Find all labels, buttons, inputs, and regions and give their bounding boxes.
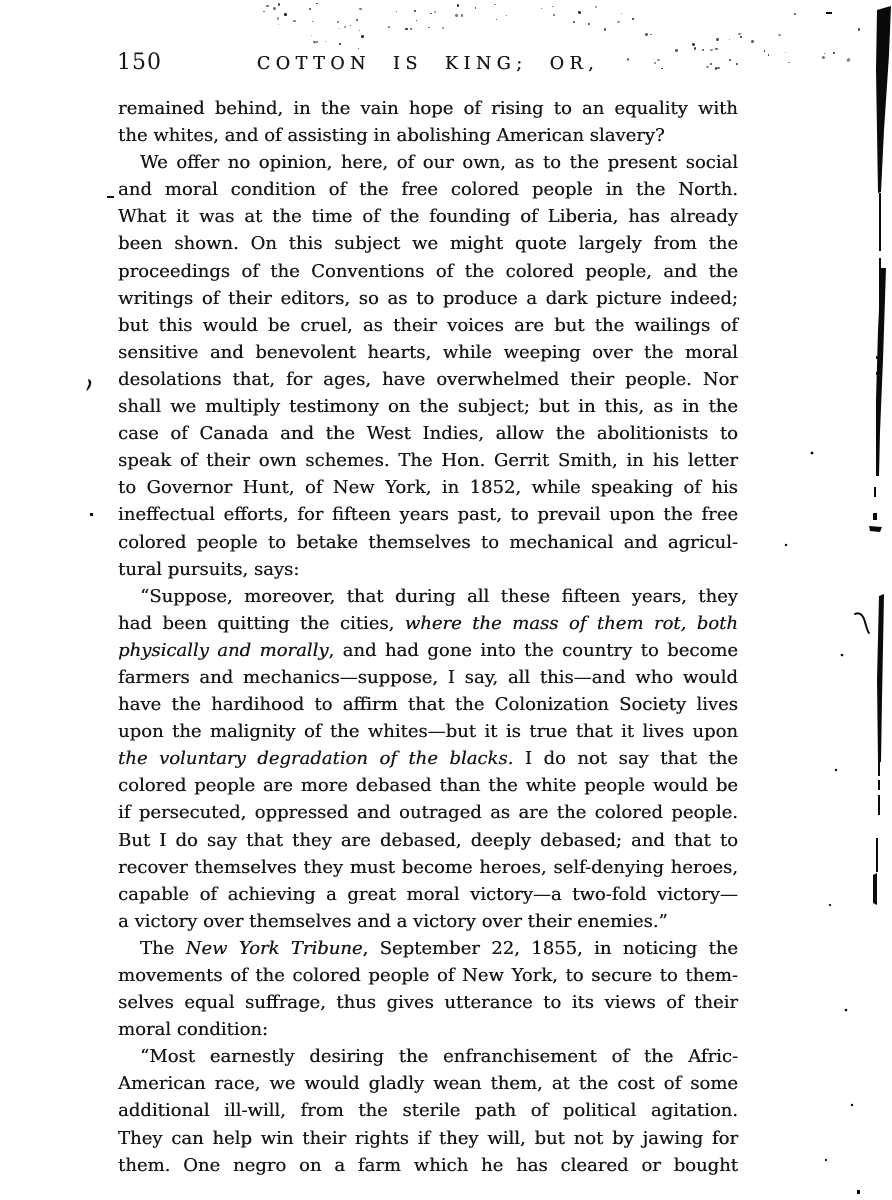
- word: of: [305, 474, 323, 501]
- word: hardihood: [211, 691, 304, 718]
- word: on: [299, 1152, 321, 1179]
- word: overwhelmed: [436, 366, 559, 393]
- word: movements: [118, 962, 223, 989]
- word: that: [408, 691, 445, 718]
- noise-speck: [312, 40, 315, 43]
- noise-speck: [359, 7, 362, 10]
- noise-speck: [578, 11, 581, 14]
- word: of: [520, 203, 538, 230]
- text-line: physicallyandmorally,andhadgoneintotheco…: [118, 637, 738, 664]
- word: of: [230, 962, 248, 989]
- word: an: [582, 95, 604, 122]
- text-line: sensitiveandbenevolenthearts,whileweepin…: [118, 339, 738, 366]
- word: of: [379, 745, 397, 772]
- text-line: Americanrace,wewouldgladlyweanthem,atthe…: [118, 1070, 738, 1097]
- word: secure: [591, 962, 652, 989]
- word: of: [397, 149, 415, 176]
- word: negro: [233, 1152, 286, 1179]
- noise-speck: [430, 13, 432, 14]
- word: say: [619, 745, 649, 772]
- word: had: [118, 610, 152, 637]
- word: past,: [457, 501, 501, 528]
- word: lives: [696, 691, 738, 718]
- noise-speck: [350, 25, 351, 26]
- word: debased,: [380, 827, 462, 854]
- word: rights: [355, 1125, 409, 1152]
- word: York,: [385, 474, 431, 501]
- word: the: [358, 1097, 387, 1124]
- word: oppressed: [255, 799, 349, 826]
- word: the: [708, 393, 737, 420]
- noise-speck: [388, 26, 390, 28]
- text-segment: a victory over themselves and a victory …: [118, 911, 668, 932]
- word: with: [698, 95, 738, 122]
- word: while: [443, 339, 492, 366]
- word: to: [543, 989, 561, 1016]
- margin-dash: [107, 196, 114, 198]
- word: capable: [118, 881, 189, 908]
- text-line: desolationsthat,forages,haveoverwhelmedt…: [118, 366, 738, 393]
- text-line: them.Onenegroonafarmwhichhehasclearedorb…: [118, 1152, 738, 1179]
- page-text: remainedbehind,inthevainhopeofrisingtoan…: [118, 95, 738, 1179]
- word: heroes,: [671, 854, 738, 881]
- word: lives: [642, 718, 684, 745]
- word: it: [484, 718, 497, 745]
- noise-speck: [309, 8, 312, 11]
- word: their: [393, 312, 437, 339]
- word: of: [531, 1097, 549, 1124]
- word: Conventions: [311, 258, 424, 285]
- word: offer: [176, 149, 219, 176]
- word: a: [326, 881, 337, 908]
- word: the: [644, 339, 673, 366]
- word: shown.: [174, 230, 238, 257]
- word: we: [170, 393, 196, 420]
- word: New: [462, 962, 504, 989]
- word: ill-will,: [224, 1097, 286, 1124]
- text-line: the whites, and of assisting in abolishi…: [118, 122, 738, 149]
- word: condition: [231, 176, 316, 203]
- word: They: [118, 1125, 162, 1152]
- word: remained: [118, 95, 205, 122]
- noise-speck: [675, 49, 678, 52]
- noise-speck: [715, 48, 718, 50]
- word: that,: [232, 366, 275, 393]
- noise-speck: [821, 56, 824, 60]
- word: views: [604, 989, 655, 1016]
- word: themselves: [194, 854, 296, 881]
- word: country: [562, 637, 632, 664]
- word: the: [330, 718, 359, 745]
- noise-speck: [434, 11, 436, 13]
- noise-speck: [541, 8, 543, 10]
- word: hope: [409, 95, 454, 122]
- word: blacks.: [449, 745, 513, 772]
- word: their: [694, 989, 738, 1016]
- word: white: [526, 772, 577, 799]
- word: was: [199, 203, 234, 230]
- word: shall: [118, 393, 161, 420]
- word: indeed;: [670, 285, 738, 312]
- word: opinion,: [259, 149, 333, 176]
- word: do: [175, 827, 197, 854]
- word: to: [641, 637, 659, 664]
- word: of: [170, 420, 188, 447]
- word: all: [467, 583, 489, 610]
- noise-speck: [263, 11, 265, 12]
- text-line: capableofachievingagreatmoralvictory—atw…: [118, 881, 738, 908]
- word: thus: [336, 989, 376, 1016]
- word: abolitionists: [597, 420, 709, 447]
- word: the: [570, 149, 599, 176]
- word: I: [525, 745, 532, 772]
- word: the: [465, 258, 494, 285]
- word: of: [666, 989, 684, 1016]
- word: desolations: [118, 366, 221, 393]
- word: bought: [674, 1152, 738, 1179]
- text-line: moral condition:: [118, 1016, 738, 1043]
- text-line: proceedingsoftheConventionsofthecoloredp…: [118, 258, 738, 285]
- word: in: [442, 474, 459, 501]
- word: of: [463, 95, 481, 122]
- word: ineffectual: [118, 501, 215, 528]
- word: of: [664, 1070, 682, 1097]
- word: jawing: [643, 1125, 704, 1152]
- word: persecuted,: [139, 799, 246, 826]
- word: malignity: [210, 718, 296, 745]
- text-line: “Suppose,moreover,thatduringallthesefift…: [118, 583, 738, 610]
- noise-speck: [325, 41, 326, 42]
- word: speak: [118, 447, 171, 474]
- text-segment: the whites, and of assisting in abolishi…: [118, 125, 665, 146]
- word: affirm: [343, 691, 398, 718]
- word: if: [118, 799, 130, 826]
- word: years,: [632, 583, 687, 610]
- word: upon: [609, 501, 655, 528]
- text-line: thevoluntarydegradationoftheblacks.Idono…: [118, 745, 738, 772]
- noise-speck: [778, 34, 781, 36]
- word: quitting: [217, 610, 289, 637]
- noise-speck: [405, 28, 407, 30]
- word: rising: [491, 95, 543, 122]
- word: Hunt,: [243, 474, 295, 501]
- word: North.: [678, 176, 738, 203]
- word: I: [159, 827, 166, 854]
- noise-speck: [788, 62, 789, 63]
- word: cities,: [340, 610, 394, 637]
- word: moral: [165, 176, 218, 203]
- word: as: [514, 149, 534, 176]
- word: the: [708, 745, 737, 772]
- word: been: [162, 610, 206, 637]
- word: selves: [118, 989, 174, 1016]
- word: to: [481, 529, 499, 556]
- word: this—and: [540, 664, 626, 691]
- word: the: [390, 203, 419, 230]
- word: have: [118, 691, 161, 718]
- word: American: [118, 1070, 206, 1097]
- text-line: Weoffernoopinion,here,ofourown,astothepr…: [118, 149, 738, 176]
- word: the: [579, 1070, 608, 1097]
- word: have: [382, 366, 425, 393]
- word: as: [653, 393, 673, 420]
- word: physically: [118, 637, 209, 664]
- word: people: [584, 772, 645, 799]
- word: to: [118, 474, 136, 501]
- noise-speck: [650, 34, 651, 35]
- word: years: [399, 501, 448, 528]
- noise-speck: [266, 5, 269, 7]
- noise-speck: [312, 21, 314, 22]
- noise-speck: [339, 28, 340, 29]
- word: On: [250, 230, 276, 257]
- word: are: [514, 312, 544, 339]
- word: to: [565, 962, 583, 989]
- word: their: [570, 366, 614, 393]
- word: But: [118, 827, 150, 854]
- word: Canada: [199, 420, 268, 447]
- word: equal: [184, 989, 234, 1016]
- noise-speck: [359, 30, 360, 31]
- word: picture: [596, 285, 661, 312]
- word: the: [255, 962, 284, 989]
- word: of: [304, 718, 322, 745]
- word: whites—but: [368, 718, 476, 745]
- noise-speck: [552, 6, 554, 7]
- word: own: [259, 447, 297, 474]
- word: a: [526, 285, 537, 312]
- word: it: [621, 718, 634, 745]
- word: people: [368, 962, 429, 989]
- word: the: [399, 1043, 428, 1070]
- word: this,: [605, 393, 645, 420]
- word: farm: [358, 1152, 401, 1179]
- word: than: [439, 772, 480, 799]
- word: its: [572, 989, 594, 1016]
- noise-speck: [496, 19, 497, 20]
- word: cruel,: [300, 312, 352, 339]
- word: for: [286, 366, 312, 393]
- word: the: [359, 176, 388, 203]
- word: for: [712, 1125, 738, 1152]
- noise-speck: [794, 13, 797, 15]
- word: we: [269, 1070, 295, 1097]
- word: New: [333, 474, 375, 501]
- word: over: [592, 339, 632, 366]
- text-line: toGovernorHunt,ofNewYork,in1852,whilespe…: [118, 474, 738, 501]
- word: founding: [429, 203, 510, 230]
- word: the: [595, 312, 624, 339]
- noise-speck: [710, 49, 713, 52]
- word: of: [437, 962, 455, 989]
- word: as: [363, 312, 383, 339]
- word: and: [631, 827, 665, 854]
- word: race,: [215, 1070, 261, 1097]
- noise-speck: [316, 41, 318, 43]
- word: colored: [595, 799, 663, 826]
- word: fifteen: [332, 501, 391, 528]
- word: has: [516, 1152, 548, 1179]
- noise-speck: [702, 49, 703, 51]
- text-line: andmoralconditionofthefreecoloredpeoplei…: [118, 176, 738, 203]
- noise-speck: [284, 13, 287, 16]
- text-line: Theycanhelpwintheirrightsiftheywill,butn…: [118, 1125, 738, 1152]
- word: largely: [579, 230, 642, 257]
- word: the: [644, 1043, 673, 1070]
- word: people.: [625, 366, 692, 393]
- word: that: [347, 583, 384, 610]
- text-line: speakoftheirownschemes.TheHon.GerritSmit…: [118, 447, 738, 474]
- word: all: [508, 664, 530, 691]
- noise-speck: [764, 50, 766, 51]
- word: writings: [118, 285, 193, 312]
- text-line: shallwemultiplytestimonyonthesubject;but…: [118, 393, 738, 420]
- word: not: [574, 1125, 604, 1152]
- word: case: [118, 420, 159, 447]
- word: the: [408, 745, 437, 772]
- word: this: [159, 312, 193, 339]
- word: here,: [341, 149, 388, 176]
- word: September: [380, 935, 480, 962]
- noise-speck: [785, 52, 786, 53]
- word: cost: [617, 1070, 654, 1097]
- word: but: [534, 1125, 564, 1152]
- word: betake: [296, 529, 358, 556]
- word: of: [241, 258, 259, 285]
- word: their: [206, 447, 250, 474]
- word: outraged: [399, 799, 482, 826]
- word: mechanics—suppose,: [243, 664, 438, 691]
- word: moral: [685, 339, 738, 366]
- word: must: [350, 854, 395, 881]
- noise-speck: [475, 7, 476, 9]
- word: and: [210, 339, 244, 366]
- noise-speck: [410, 27, 413, 30]
- word: the: [708, 935, 737, 962]
- word: the: [172, 718, 201, 745]
- word: the: [709, 230, 738, 257]
- word: would: [683, 664, 738, 691]
- word: two-fold: [572, 881, 646, 908]
- word: colored: [292, 962, 360, 989]
- word: we: [412, 230, 438, 257]
- word: suffrage,: [245, 989, 326, 1016]
- noise-speck: [339, 43, 340, 45]
- word: Nor: [703, 366, 738, 393]
- word: in: [578, 393, 595, 420]
- word: testimony: [289, 393, 379, 420]
- word: victory—: [657, 881, 738, 908]
- word: hearts,: [367, 339, 431, 366]
- noise-speck: [358, 48, 359, 49]
- word: which: [414, 1152, 468, 1179]
- noise-speck: [694, 47, 696, 50]
- noise-speck: [494, 4, 495, 5]
- word: and: [343, 637, 377, 664]
- noise-speck: [716, 38, 718, 41]
- noise-speck: [428, 27, 430, 28]
- text-line: ineffectualefforts,forfifteenyearspast,t…: [118, 501, 738, 528]
- word: prevail: [537, 501, 600, 528]
- margin-comma: [86, 379, 91, 391]
- text-line: havethehardihoodtoaffirmthattheColonizat…: [118, 691, 738, 718]
- text-line: WhatitwasatthetimeofthefoundingofLiberia…: [118, 203, 738, 230]
- word: had: [385, 637, 419, 664]
- noise-speck: [858, 27, 861, 31]
- word: become: [667, 637, 738, 664]
- word: our: [423, 149, 454, 176]
- binding-streak-lower: [877, 594, 884, 762]
- word: if: [418, 1125, 430, 1152]
- text-line: remainedbehind,inthevainhopeofrisingtoan…: [118, 95, 738, 122]
- word: and: [357, 799, 391, 826]
- word: One: [183, 1152, 220, 1179]
- word: no: [228, 149, 250, 176]
- word: are: [263, 772, 293, 799]
- word: morally,: [260, 637, 335, 664]
- word: to: [554, 95, 572, 122]
- word: York: [239, 935, 280, 962]
- word: cleared: [560, 1152, 628, 1179]
- noise-speck: [273, 7, 276, 10]
- noise-speck: [553, 14, 555, 16]
- word: help: [212, 1125, 252, 1152]
- word: do: [543, 745, 565, 772]
- noise-speck: [632, 18, 634, 20]
- word: and: [663, 258, 697, 285]
- word: the: [300, 610, 329, 637]
- word: the: [557, 799, 586, 826]
- word: them.: [118, 1152, 170, 1179]
- noise-speck: [416, 20, 417, 21]
- word: subject: [334, 230, 400, 257]
- word: time: [312, 203, 353, 230]
- word: ages,: [323, 366, 371, 393]
- noise-speck: [740, 36, 743, 38]
- word: fifteen: [561, 583, 620, 610]
- word: Liberia,: [548, 203, 619, 230]
- word: during: [395, 583, 456, 610]
- word: is: [506, 718, 521, 745]
- noise-speck: [311, 35, 313, 37]
- text-line: coloredpeoplearemoredebasedthanthewhitep…: [118, 772, 738, 799]
- word: of: [180, 447, 198, 474]
- word: quote: [515, 230, 567, 257]
- word: the: [270, 258, 299, 285]
- word: themselves: [368, 529, 470, 556]
- word: rot,: [654, 610, 686, 637]
- word: 22,: [491, 935, 520, 962]
- word: colored: [118, 772, 186, 799]
- noise-speck: [645, 33, 647, 36]
- word: that: [674, 827, 711, 854]
- word: schemes.: [305, 447, 389, 474]
- word: subject;: [458, 393, 530, 420]
- text-line: writingsoftheireditors,soastoproduceadar…: [118, 285, 738, 312]
- word: by: [612, 1125, 634, 1152]
- word: that: [246, 827, 283, 854]
- word: Afric-: [688, 1043, 738, 1070]
- word: the: [419, 393, 448, 420]
- word: multiply: [205, 393, 280, 420]
- word: the: [171, 691, 200, 718]
- word: the: [455, 691, 484, 718]
- word: Smith,: [558, 447, 618, 474]
- word: but: [539, 393, 569, 420]
- word: at: [244, 203, 262, 230]
- text-line: coloredpeopletobetakethemselvestomechani…: [118, 529, 738, 556]
- noise-speck: [461, 14, 463, 16]
